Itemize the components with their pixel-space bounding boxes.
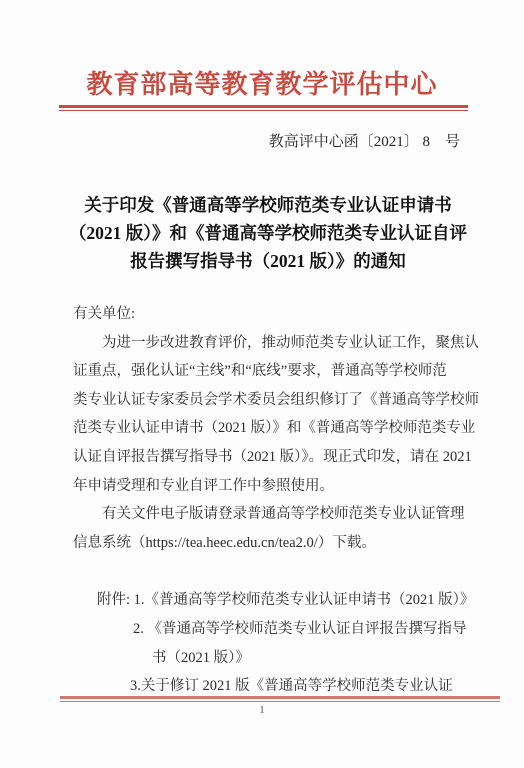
paragraph1-line: 认证自评报告撰写指导书（2021 版）》。现正式印发，请在 2021 (73, 443, 494, 472)
paragraph2-line: 有关文件电子版请登录普通高等学校师范类专业认证管理 (73, 500, 494, 529)
paragraph1-line: 证重点，强化认证“主线”和“底线”要求，普通高等学校师范 (73, 357, 494, 386)
document-reference-number: 教高评中心函〔2021〕 8 号 (269, 132, 460, 152)
notice-title-line: （2021 版）》和《普通高等学校师范类专业认证自评 (40, 219, 496, 247)
page-number: 1 (0, 703, 524, 717)
paragraph2-line: 信息系统（https://tea.heec.edu.cn/tea2.0/）下载。 (73, 529, 494, 558)
paragraph1-line: 年申请受理和专业自评工作中参照使用。 (73, 472, 494, 501)
paragraph1-line: 范类专业认证申请书（2021 版）》和《普通高等学校师范类专业 (73, 414, 494, 443)
letterhead-org-name: 教育部高等教育教学评估中心 (0, 68, 524, 100)
letterhead-double-rule (59, 105, 468, 111)
paragraph1-line: 为进一步改进教育评价，推动师范类专业认证工作，聚焦认 (73, 329, 494, 358)
notice-title-line: 关于印发《普通高等学校师范类专业认证申请书 (40, 191, 496, 219)
notice-body: 有关单位: 为进一步改进教育评价，推动师范类专业认证工作，聚焦认 证重点，强化认… (73, 300, 494, 701)
attachments-line: 书（2021 版）》 (73, 644, 494, 673)
official-notice-page: 教育部高等教育教学评估中心 教高评中心函〔2021〕 8 号 关于印发《普通高等… (0, 0, 524, 768)
paragraph1-line: 类专业认证专家委员会学术委员会组织修订了《普通高等学校师 (73, 386, 494, 415)
notice-title: 关于印发《普通高等学校师范类专业认证申请书 （2021 版）》和《普通高等学校师… (40, 191, 496, 275)
notice-title-line: 报告撰写指导书（2021 版）》的通知 (40, 247, 496, 275)
salutation: 有关单位: (73, 300, 494, 329)
attachments-line: 2. 《普通高等学校师范类专业认证自评报告撰写指导 (73, 615, 494, 644)
attachments-line: 附件: 1.《普通高等学校师范类专业认证申请书（2021 版）》 (73, 586, 494, 615)
footer-double-rule (60, 696, 500, 702)
